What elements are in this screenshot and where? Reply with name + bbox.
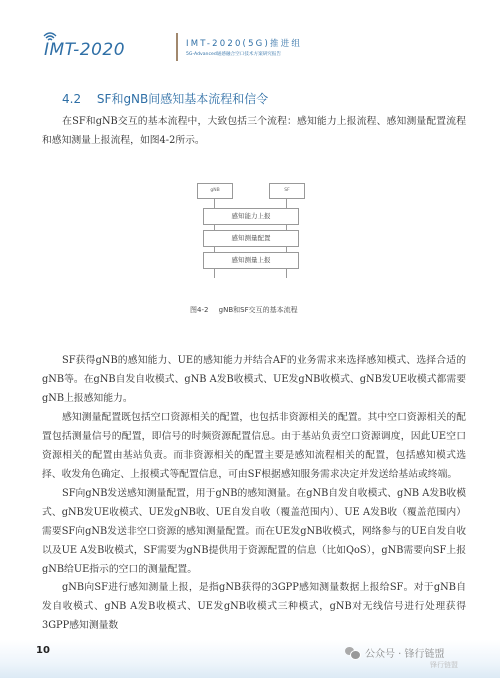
paragraph-text: SF向gNB发送感知测量配置，用于gNB的感知测量。在gNB自发自收模式、gNB… (42, 488, 466, 575)
figure-caption-text: gNB和SF交互的基本流程 (219, 306, 298, 314)
figure-caption: 图4-2 gNB和SF交互的基本流程 (190, 305, 298, 315)
paragraph-text: gNB向SF进行感知测量上报，是指gNB获得的3GPP感知测量数据上报给SF。对… (42, 582, 466, 631)
watermark-text: 公众号 · 锋行链盟 (365, 645, 445, 660)
message-measurement-report: 感知测量上报 (203, 252, 299, 269)
section-title: SF和gNB间感知基本流程和信令 (97, 92, 268, 106)
message-measurement-config: 感知测量配置 (203, 230, 299, 247)
intro-paragraph: 在SF和gNB交互的基本流程中，大致包括三个流程：感知能力上报流程、感知测量配置… (42, 112, 466, 150)
imt2020-logo: IMT-2020 (40, 30, 130, 64)
section-heading: 4.2 SF和gNB间感知基本流程和信令 (62, 90, 268, 107)
lifeline-sf: SF (269, 183, 305, 199)
watermark-sub: 锋行链盟 (430, 660, 458, 670)
logo-text: IMT-2020 (44, 40, 125, 60)
org-subtitle: 5G-Advanced通感融合空口技术方案研究报告 (186, 51, 302, 57)
sequence-diagram: gNB SF 感知能力上报 感知测量配置 感知测量上报 (190, 183, 310, 278)
paragraph-2: 感知测量配置既包括空口资源相关的配置，也包括非资源相关的配置。其中空口资源相关的… (42, 408, 466, 484)
page-number: 10 (36, 645, 50, 656)
paragraph-text: 感知测量配置既包括空口资源相关的配置，也包括非资源相关的配置。其中空口资源相关的… (42, 412, 466, 480)
paragraph-text: SF获得gNB的感知能力、UE的感知能力并结合AF的业务需求来选择感知模式、选择… (42, 355, 466, 404)
org-block: IMT-2020(5G)推进组 5G-Advanced通感融合空口技术方案研究报… (186, 37, 302, 57)
paragraph-4: gNB向SF进行感知测量上报，是指gNB获得的3GPP感知测量数据上报给SF。对… (42, 578, 466, 635)
paragraph-3: SF向gNB发送感知测量配置，用于gNB的感知测量。在gNB自发自收模式、gNB… (42, 484, 466, 579)
header-divider (176, 33, 178, 61)
intro-text: 在SF和gNB交互的基本流程中，大致包括三个流程：感知能力上报流程、感知测量配置… (42, 116, 466, 146)
figure-number: 图4-2 (190, 306, 208, 314)
wechat-watermark: 公众号 · 锋行链盟 (345, 645, 445, 660)
report-header: IMT-2020 IMT-2020(5G)推进组 5G-Advanced通感融合… (40, 30, 302, 64)
message-capability-report: 感知能力上报 (203, 208, 299, 225)
section-number: 4.2 (62, 92, 81, 106)
wechat-icon (345, 647, 360, 658)
paragraph-1: SF获得gNB的感知能力、UE的感知能力并结合AF的业务需求来选择感知模式、选择… (42, 351, 466, 408)
org-title: IMT-2020(5G)推进组 (186, 37, 302, 49)
lifeline-gnb: gNB (197, 183, 233, 199)
